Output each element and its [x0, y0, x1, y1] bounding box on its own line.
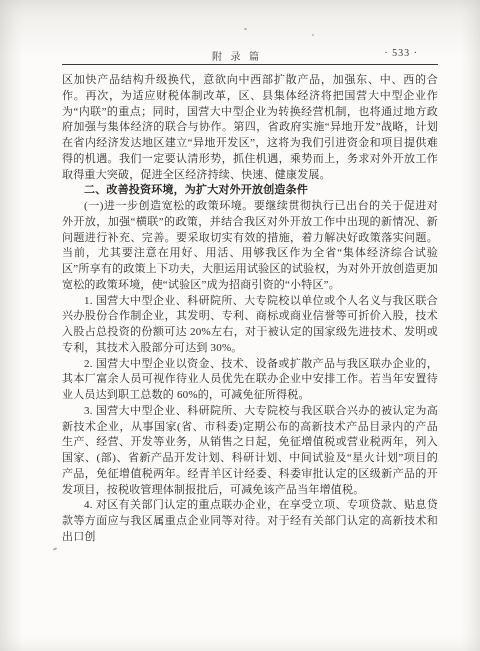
- page-number: · 533 ·: [384, 48, 418, 59]
- paragraph-continuation: 区加快产品结构升级换代，意欲向中西部扩散产品，加强东、中、西的合作。再次，为适应…: [62, 73, 438, 183]
- section-title: 附 录 篇: [212, 48, 262, 63]
- list-item-4: 4. 对区有关部门认定的重点联办企业，在享受立项、专项贷款、贴息贷款等方面应与我…: [62, 498, 438, 545]
- paragraph-policy-environment: (一)进一步创造宽松的政策环境。要继续贯彻执行已出台的关于促进对外开放，加强“横…: [62, 199, 438, 294]
- page-body: 区加快产品结构升级换代，意欲向中西部扩散产品，加强东、中、西的合作。再次，为适应…: [62, 73, 438, 546]
- scanned-book-page: 附 录 篇 · 533 · 区加快产品结构升级换代，意欲向中西部扩散产品，加强东…: [0, 0, 480, 651]
- scan-speck: [53, 547, 57, 551]
- section-heading: 二、改善投资环境，为扩大对外开放创造条件: [62, 183, 438, 199]
- list-item-3: 3. 国营大中型企业、科研院所、大专院校与我区联合兴办的被认定为高新技术企业，从…: [62, 404, 438, 499]
- list-item-1: 1. 国营大中型企业、科研院所、大专院校以单位或个人名义与我区联合兴办股份合作制…: [62, 294, 438, 357]
- running-header: 附 录 篇 · 533 ·: [62, 48, 438, 62]
- scan-speck: [312, 34, 314, 36]
- scan-speck: [244, 28, 247, 30]
- header-rule: [62, 64, 438, 65]
- list-item-2: 2. 国营大中型企业以资金、技术、设备或扩散产品与我区联办企业的，其本厂富余人员…: [62, 357, 438, 404]
